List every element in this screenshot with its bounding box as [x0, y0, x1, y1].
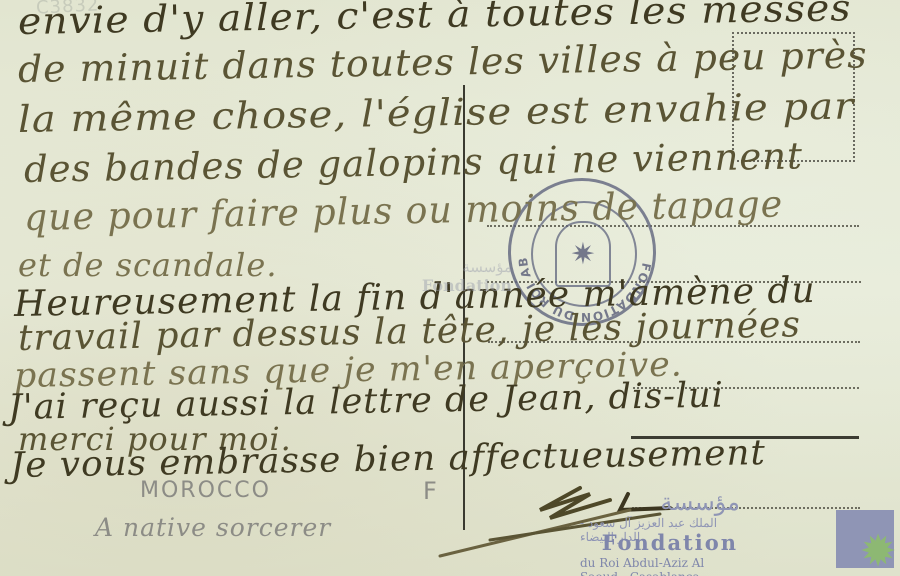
pencil-letter: F [423, 477, 437, 505]
message-line-5: que pour faire plus ou moins de tapage [24, 182, 784, 239]
pencil-caption: A native sorcerer [95, 513, 331, 542]
logo-star-icon: ✹ [858, 532, 898, 572]
postcard-back: C3832 FONDATION DU ROI ABDUL AZIZ AL SAO… [0, 0, 900, 576]
logo-title: Fondation [602, 530, 738, 555]
star-emblem-icon: ✷ [567, 239, 599, 271]
message-line-3: la même chose, l'église est envahie par [18, 84, 855, 141]
message-line-4: des bandes de galopins qui ne viennent [24, 134, 804, 191]
logo-arabic-title: مؤسسة [660, 488, 740, 516]
pencil-country: MOROCCO [140, 478, 271, 503]
watermark-mid: مؤسسة Fondation [412, 258, 512, 295]
logo-subtitle: du Roi Abdul-Aziz Al Saoud - Casablanca [580, 556, 738, 576]
foundation-watermark-logo: مؤسسة الملك عبد العزيز آل سعود - الدار ا… [580, 486, 900, 576]
watermark-mid-arabic: مؤسسة [412, 258, 512, 276]
watermark-mid-title: Fondation [412, 276, 512, 295]
message-line-6: et de scandale. [18, 246, 278, 284]
